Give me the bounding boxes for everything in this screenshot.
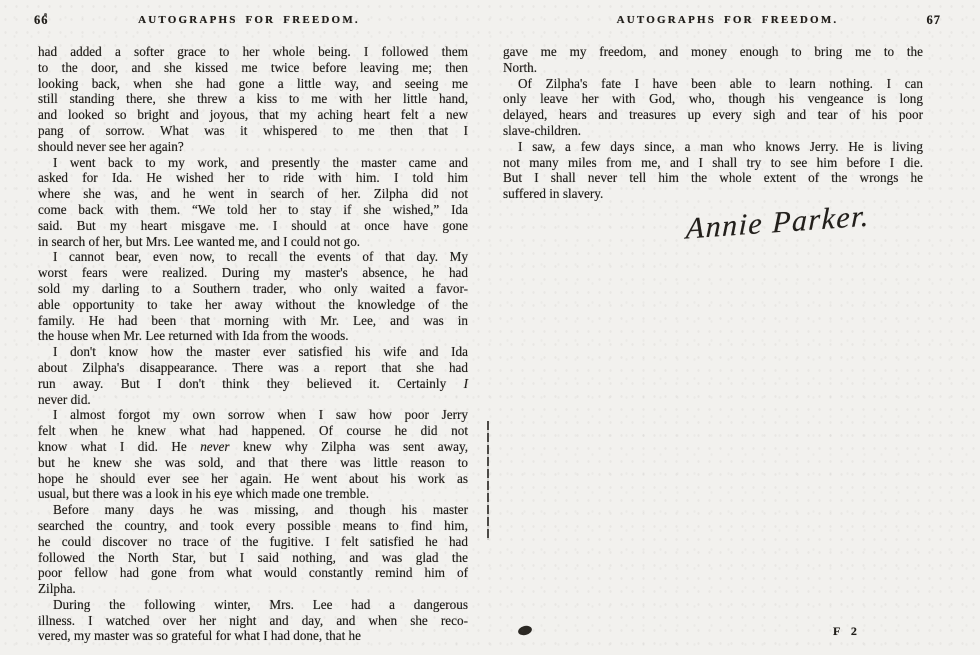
text-line: run away. But I don't think they believe… bbox=[38, 376, 468, 392]
text-line: North. bbox=[503, 60, 923, 76]
printers-signature-mark: F 2 bbox=[833, 624, 861, 639]
left-page: 66 AUTOGRAPHS FOR FREEDOM. had added a s… bbox=[28, 14, 470, 644]
text-line: poor fellow had gone from what would con… bbox=[38, 565, 468, 581]
text-line: had added a softer grace to her whole be… bbox=[38, 44, 468, 60]
text-line: not many miles from me, and I shall try … bbox=[503, 155, 923, 171]
right-page-text: gave me my freedom, and money enough to … bbox=[503, 44, 923, 202]
text-line: looking back, when she had gone a little… bbox=[38, 76, 468, 92]
right-page: AUTOGRAPHS FOR FREEDOM. 67 gave me my fr… bbox=[500, 14, 955, 202]
text-line: never did. bbox=[38, 392, 468, 408]
text-line: I saw, a few days since, a man who knows… bbox=[503, 139, 923, 155]
text-line: able opportunity to take her away withou… bbox=[38, 297, 468, 313]
text-line: delayed, hears and treasures up every si… bbox=[503, 107, 923, 123]
text-line: During the following winter, Mrs. Lee ha… bbox=[38, 597, 468, 613]
text-line: to the door, and she kissed me twice bef… bbox=[38, 60, 468, 76]
text-line: I don't know how the master ever satisfi… bbox=[38, 344, 468, 360]
left-page-text: had added a softer grace to her whole be… bbox=[38, 44, 468, 644]
text-line: followed the North Star, but I said noth… bbox=[38, 550, 468, 566]
paragraph: Before many days he was missing, and tho… bbox=[38, 502, 468, 597]
text-line: in search of her, but Mrs. Lee wanted me… bbox=[38, 234, 468, 250]
handwritten-signature: Annie Parker. bbox=[638, 196, 919, 250]
paragraph: had added a softer grace to her whole be… bbox=[38, 44, 468, 155]
text-line: Before many days he was missing, and tho… bbox=[38, 502, 468, 518]
text-line: hope he should ever see her again. He we… bbox=[38, 471, 468, 487]
text-line: pang of sorrow. What was it whispered to… bbox=[38, 123, 468, 139]
right-page-number: 67 bbox=[927, 13, 942, 28]
text-line: Of Zilpha's fate I have been able to lea… bbox=[503, 76, 923, 92]
text-line: I cannot bear, even now, to recall the e… bbox=[38, 249, 468, 265]
paragraph: I don't know how the master ever satisfi… bbox=[38, 344, 468, 407]
text-line: vered, my master was so grateful for wha… bbox=[38, 628, 468, 644]
ink-blot-artifact bbox=[517, 624, 533, 636]
left-page-header: 66 AUTOGRAPHS FOR FREEDOM. bbox=[28, 14, 470, 30]
text-line: and looked so bright and joyous, that my… bbox=[38, 107, 468, 123]
margin-pencil-mark-artifact bbox=[487, 421, 489, 540]
text-line: come back with them. “We told her to sta… bbox=[38, 202, 468, 218]
left-running-head: AUTOGRAPHS FOR FREEDOM. bbox=[28, 14, 470, 26]
text-line: but he knew she was sold, and that there… bbox=[38, 455, 468, 471]
text-line: should never see her again? bbox=[38, 139, 468, 155]
text-line: illness. I watched over her night and da… bbox=[38, 613, 468, 629]
text-line: know what I did. He never knew why Zilph… bbox=[38, 439, 468, 455]
text-line: searched the country, and took every pos… bbox=[38, 518, 468, 534]
text-line: the house when Mr. Lee returned with Ida… bbox=[38, 328, 468, 344]
paragraph: Of Zilpha's fate I have been able to lea… bbox=[503, 76, 923, 139]
text-line: worst fears were realized. During my mas… bbox=[38, 265, 468, 281]
right-page-header: AUTOGRAPHS FOR FREEDOM. 67 bbox=[500, 14, 955, 30]
text-line: I almost forgot my own sorrow when I saw… bbox=[38, 407, 468, 423]
text-line: sold my darling to a Southern trader, wh… bbox=[38, 281, 468, 297]
text-line: felt when he knew what had happened. Of … bbox=[38, 423, 468, 439]
text-line: about Zilpha's disappearance. There was … bbox=[38, 360, 468, 376]
text-line: asked for Ida. He wished her to ride wit… bbox=[38, 170, 468, 186]
paragraph: I cannot bear, even now, to recall the e… bbox=[38, 249, 468, 344]
text-line: Zilpha. bbox=[38, 581, 468, 597]
text-line: But I shall never tell him the whole ext… bbox=[503, 170, 923, 186]
text-line: only leave her with God, who, though his… bbox=[503, 91, 923, 107]
paragraph: I almost forgot my own sorrow when I saw… bbox=[38, 407, 468, 502]
paragraph: I went back to my work, and presently th… bbox=[38, 155, 468, 250]
paragraph: I saw, a few days since, a man who knows… bbox=[503, 139, 923, 202]
text-line: he could discover no trace of the fugiti… bbox=[38, 534, 468, 550]
text-line: gave me my freedom, and money enough to … bbox=[503, 44, 923, 60]
text-line: where she was, and he went in search of … bbox=[38, 186, 468, 202]
paragraph: gave me my freedom, and money enough to … bbox=[503, 44, 923, 76]
text-line: family. He had been that morning with Mr… bbox=[38, 313, 468, 329]
text-line: still standing there, she threw a kiss t… bbox=[38, 91, 468, 107]
text-line: I went back to my work, and presently th… bbox=[38, 155, 468, 171]
scan-speck-artifact bbox=[44, 13, 47, 16]
text-line: slave-children. bbox=[503, 123, 923, 139]
paragraph: During the following winter, Mrs. Lee ha… bbox=[38, 597, 468, 644]
text-line: said. But my heart misgave me. I should … bbox=[38, 218, 468, 234]
text-line: usual, but there was a look in his eye w… bbox=[38, 486, 468, 502]
right-running-head: AUTOGRAPHS FOR FREEDOM. bbox=[500, 14, 955, 26]
